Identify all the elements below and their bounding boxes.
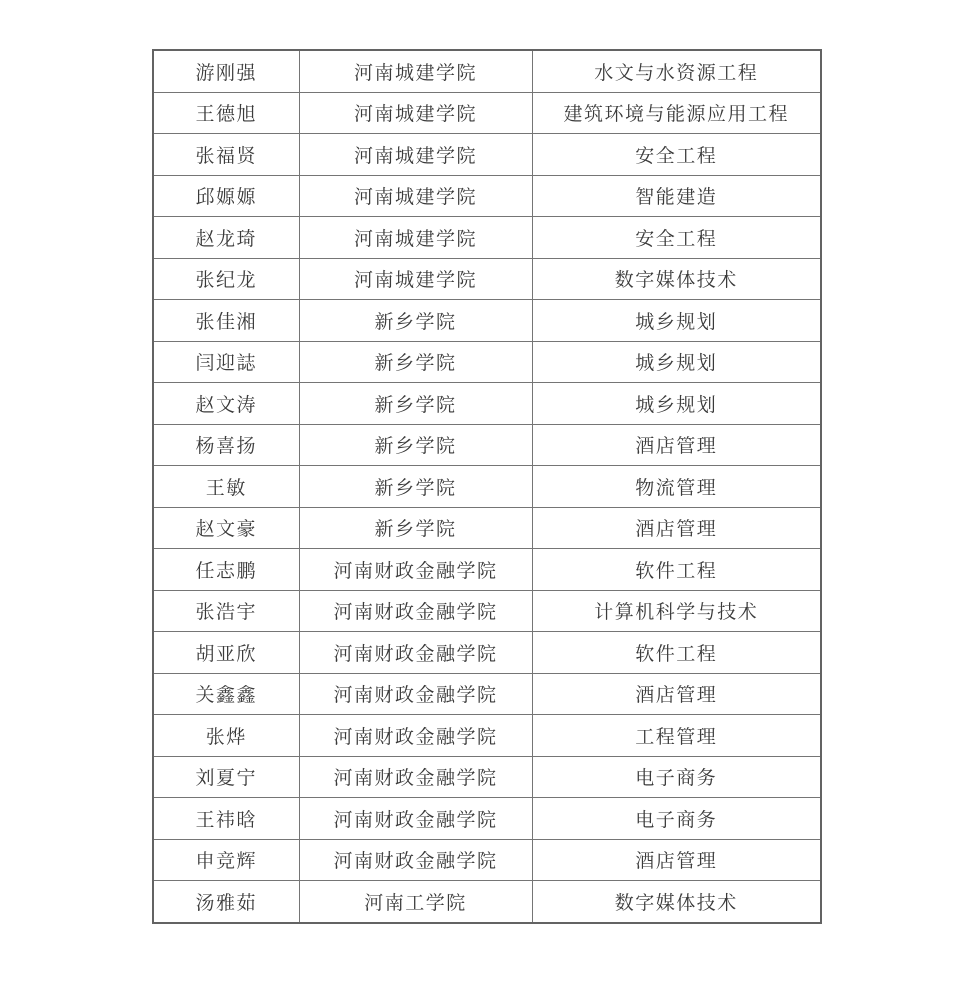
school-cell: 新乡学院 (299, 466, 532, 508)
school-cell: 河南财政金融学院 (299, 715, 532, 757)
table-row: 张佳湘新乡学院城乡规划 (153, 300, 821, 342)
major-cell: 安全工程 (532, 217, 821, 259)
school-cell: 新乡学院 (299, 383, 532, 425)
table-row: 张浩宇河南财政金融学院计算机科学与技术 (153, 590, 821, 632)
school-cell: 河南财政金融学院 (299, 632, 532, 674)
table-body: 游刚强河南城建学院水文与水资源工程王德旭河南城建学院建筑环境与能源应用工程张福贤… (153, 50, 821, 923)
name-cell: 杨喜扬 (153, 424, 299, 466)
table-row: 邱嫄嫄河南城建学院智能建造 (153, 175, 821, 217)
school-cell: 新乡学院 (299, 300, 532, 342)
table-row: 张福贤河南城建学院安全工程 (153, 134, 821, 176)
school-cell: 河南城建学院 (299, 92, 532, 134)
school-cell: 河南城建学院 (299, 175, 532, 217)
name-cell: 赵文豪 (153, 507, 299, 549)
name-cell: 邱嫄嫄 (153, 175, 299, 217)
table-row: 胡亚欣河南财政金融学院软件工程 (153, 632, 821, 674)
major-cell: 城乡规划 (532, 300, 821, 342)
table-row: 王敏新乡学院物流管理 (153, 466, 821, 508)
document-page: 游刚强河南城建学院水文与水资源工程王德旭河南城建学院建筑环境与能源应用工程张福贤… (0, 0, 956, 995)
major-cell: 数字媒体技术 (532, 258, 821, 300)
school-cell: 河南城建学院 (299, 258, 532, 300)
name-cell: 王德旭 (153, 92, 299, 134)
major-cell: 酒店管理 (532, 673, 821, 715)
table-row: 汤雅茹河南工学院数字媒体技术 (153, 881, 821, 923)
table-row: 王德旭河南城建学院建筑环境与能源应用工程 (153, 92, 821, 134)
school-cell: 新乡学院 (299, 424, 532, 466)
major-cell: 软件工程 (532, 632, 821, 674)
school-cell: 河南财政金融学院 (299, 756, 532, 798)
school-cell: 河南城建学院 (299, 50, 532, 92)
major-cell: 智能建造 (532, 175, 821, 217)
table-row: 杨喜扬新乡学院酒店管理 (153, 424, 821, 466)
table-row: 赵龙琦河南城建学院安全工程 (153, 217, 821, 259)
major-cell: 计算机科学与技术 (532, 590, 821, 632)
table-row: 刘夏宁河南财政金融学院电子商务 (153, 756, 821, 798)
school-cell: 河南工学院 (299, 881, 532, 923)
name-cell: 王敏 (153, 466, 299, 508)
major-cell: 酒店管理 (532, 839, 821, 881)
table-row: 赵文涛新乡学院城乡规划 (153, 383, 821, 425)
table-row: 关鑫鑫河南财政金融学院酒店管理 (153, 673, 821, 715)
name-cell: 赵龙琦 (153, 217, 299, 259)
school-cell: 河南财政金融学院 (299, 839, 532, 881)
table-row: 申竞辉河南财政金融学院酒店管理 (153, 839, 821, 881)
school-cell: 河南财政金融学院 (299, 549, 532, 591)
name-cell: 胡亚欣 (153, 632, 299, 674)
name-cell: 张烨 (153, 715, 299, 757)
major-cell: 电子商务 (532, 798, 821, 840)
name-cell: 申竞辉 (153, 839, 299, 881)
name-cell: 汤雅茹 (153, 881, 299, 923)
name-cell: 游刚强 (153, 50, 299, 92)
school-cell: 河南财政金融学院 (299, 798, 532, 840)
name-cell: 闫迎誌 (153, 341, 299, 383)
table-row: 张纪龙河南城建学院数字媒体技术 (153, 258, 821, 300)
school-cell: 新乡学院 (299, 507, 532, 549)
major-cell: 城乡规划 (532, 341, 821, 383)
name-cell: 张佳湘 (153, 300, 299, 342)
table-row: 任志鹏河南财政金融学院软件工程 (153, 549, 821, 591)
major-cell: 水文与水资源工程 (532, 50, 821, 92)
table-row: 张烨河南财政金融学院工程管理 (153, 715, 821, 757)
name-cell: 张浩宇 (153, 590, 299, 632)
table-row: 闫迎誌新乡学院城乡规划 (153, 341, 821, 383)
major-cell: 数字媒体技术 (532, 881, 821, 923)
table-row: 赵文豪新乡学院酒店管理 (153, 507, 821, 549)
major-cell: 城乡规划 (532, 383, 821, 425)
student-roster-table: 游刚强河南城建学院水文与水资源工程王德旭河南城建学院建筑环境与能源应用工程张福贤… (152, 49, 822, 924)
school-cell: 河南财政金融学院 (299, 673, 532, 715)
name-cell: 关鑫鑫 (153, 673, 299, 715)
name-cell: 张纪龙 (153, 258, 299, 300)
major-cell: 工程管理 (532, 715, 821, 757)
name-cell: 刘夏宁 (153, 756, 299, 798)
major-cell: 安全工程 (532, 134, 821, 176)
major-cell: 物流管理 (532, 466, 821, 508)
school-cell: 河南城建学院 (299, 134, 532, 176)
name-cell: 王祎晗 (153, 798, 299, 840)
school-cell: 新乡学院 (299, 341, 532, 383)
name-cell: 张福贤 (153, 134, 299, 176)
major-cell: 软件工程 (532, 549, 821, 591)
name-cell: 任志鹏 (153, 549, 299, 591)
table-row: 王祎晗河南财政金融学院电子商务 (153, 798, 821, 840)
school-cell: 河南财政金融学院 (299, 590, 532, 632)
major-cell: 电子商务 (532, 756, 821, 798)
name-cell: 赵文涛 (153, 383, 299, 425)
major-cell: 建筑环境与能源应用工程 (532, 92, 821, 134)
table-row: 游刚强河南城建学院水文与水资源工程 (153, 50, 821, 92)
major-cell: 酒店管理 (532, 424, 821, 466)
major-cell: 酒店管理 (532, 507, 821, 549)
school-cell: 河南城建学院 (299, 217, 532, 259)
